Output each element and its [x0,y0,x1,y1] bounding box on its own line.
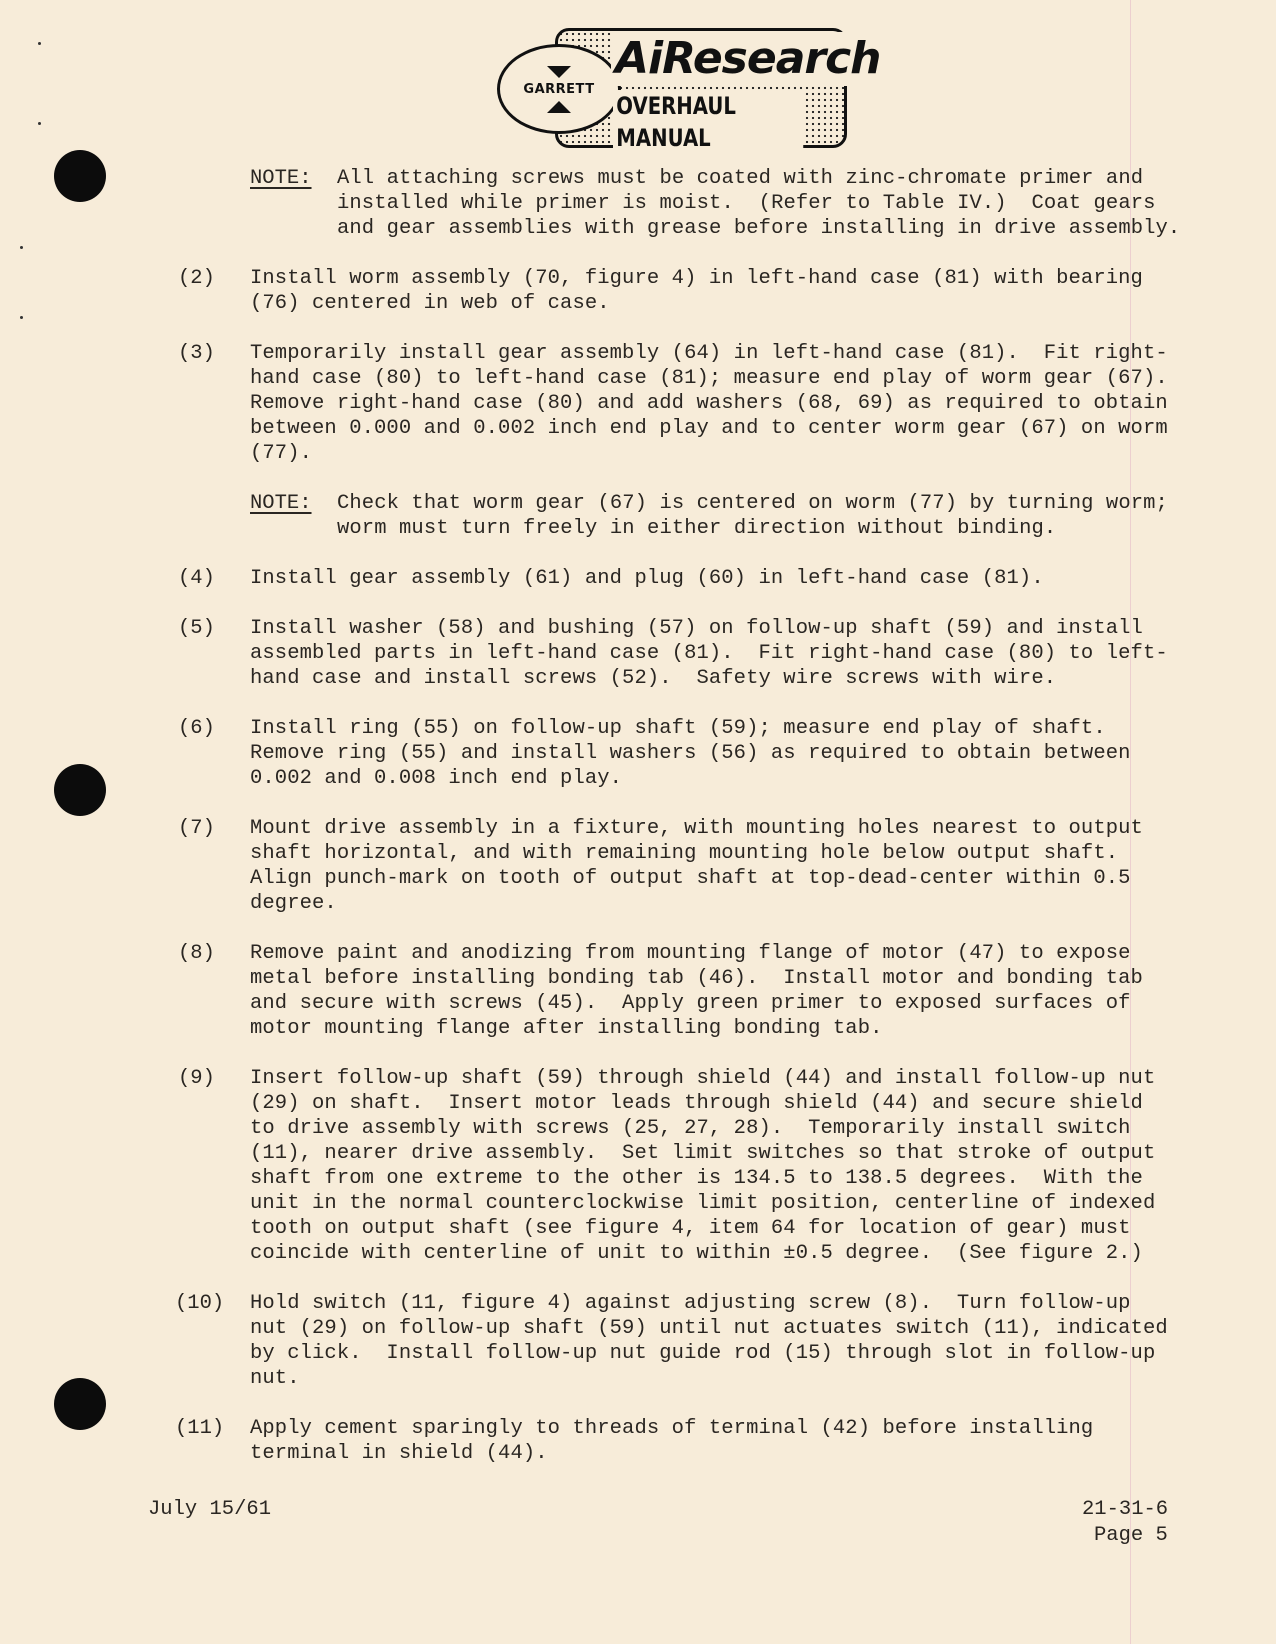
step-line: (77). [250,442,312,466]
step-line: Insert follow-up shaft (59) through shie… [250,1067,1155,1091]
speck [38,122,41,125]
step-number: (3) [178,342,215,366]
step-line: Remove right-hand case (80) and add wash… [250,392,1168,416]
step-line: to drive assembly with screws (25, 27, 2… [250,1117,1131,1141]
step-line: 0.002 and 0.008 inch end play. [250,767,622,791]
step-line: nut (29) on follow-up shaft (59) until n… [250,1317,1168,1341]
note-line: Check that worm gear (67) is centered on… [337,492,1168,516]
step-number: (2) [178,267,215,291]
garrett-label: GARRETT [523,82,594,97]
step-line: hand case (80) to left-hand case (81); m… [250,367,1168,391]
step-line: Align punch-mark on tooth of output shaf… [250,867,1131,891]
step-line: unit in the normal counterclockwise limi… [250,1192,1155,1216]
step-line: nut. [250,1367,300,1391]
step-line: (11), nearer drive assembly. Set limit s… [250,1142,1155,1166]
step-line: assembled parts in left-hand case (81). … [250,642,1168,666]
step-line: (76) centered in web of case. [250,292,610,316]
step-line: Install ring (55) on follow-up shaft (59… [250,717,1106,741]
step-line: between 0.000 and 0.002 inch end play an… [250,417,1168,441]
step-line: hand case and install screws (52). Safet… [250,667,1056,691]
speck [20,246,23,249]
step-line: motor mounting flange after installing b… [250,1017,883,1041]
step-line: shaft horizontal, and with remaining mou… [250,842,1118,866]
step-number: (4) [178,567,215,591]
note-line: All attaching screws must be coated with… [337,167,1143,191]
step-line: terminal in shield (44). [250,1442,548,1466]
footer-doc-number: 21-31-6 [1082,1498,1168,1522]
note-line: installed while primer is moist. (Refer … [337,192,1156,216]
step-number: (5) [178,617,215,641]
step-line: metal before installing bonding tab (46)… [250,967,1143,991]
step-line: Install washer (58) and bushing (57) on … [250,617,1143,641]
step-line: (29) on shaft. Insert motor leads throug… [250,1092,1143,1116]
step-number: (8) [178,942,215,966]
note-label: NOTE: [250,492,312,516]
note-line: worm must turn freely in either directio… [337,517,1056,541]
step-line: by click. Install follow-up nut guide ro… [250,1342,1155,1366]
step-line: degree. [250,892,337,916]
step-line: Install gear assembly (61) and plug (60)… [250,567,1044,591]
step-line: Remove paint and anodizing from mounting… [250,942,1131,966]
step-number: (6) [178,717,215,741]
step-number: (10) [175,1292,224,1316]
footer-page-number: Page 5 [1094,1524,1168,1548]
step-line: Remove ring (55) and install washers (56… [250,742,1131,766]
brand-subtitle: OVERHAUL MANUAL [613,90,803,154]
note-label: NOTE: [250,167,312,191]
step-line: tooth on output shaft (see figure 4, ite… [250,1217,1131,1241]
speck [38,42,41,45]
binder-hole-top [54,150,106,202]
garrett-oval: GARRETT [497,44,621,134]
airesearch-logo: GARRETT AiResearch OVERHAUL MANUAL [497,28,845,146]
step-line: Hold switch (11, figure 4) against adjus… [250,1292,1131,1316]
note-line: and gear assemblies with grease before i… [337,217,1180,241]
step-line: Temporarily install gear assembly (64) i… [250,342,1168,366]
step-line: and secure with screws (45). Apply green… [250,992,1131,1016]
footer-date: July 15/61 [148,1498,271,1522]
triangle-up-icon [547,101,571,113]
binder-hole-bottom [54,1378,106,1430]
brand-title: AiResearch [611,32,885,86]
step-number: (7) [178,817,215,841]
step-line: coincide with centerline of unit to with… [250,1242,1143,1266]
step-line: Apply cement sparingly to threads of ter… [250,1417,1093,1441]
step-line: Mount drive assembly in a fixture, with … [250,817,1143,841]
step-number: (9) [178,1067,215,1091]
step-line: Install worm assembly (70, figure 4) in … [250,267,1143,291]
binder-hole-middle [54,764,106,816]
step-line: shaft from one extreme to the other is 1… [250,1167,1143,1191]
speck [20,316,23,319]
triangle-down-icon [547,66,571,78]
step-number: (11) [175,1417,224,1441]
